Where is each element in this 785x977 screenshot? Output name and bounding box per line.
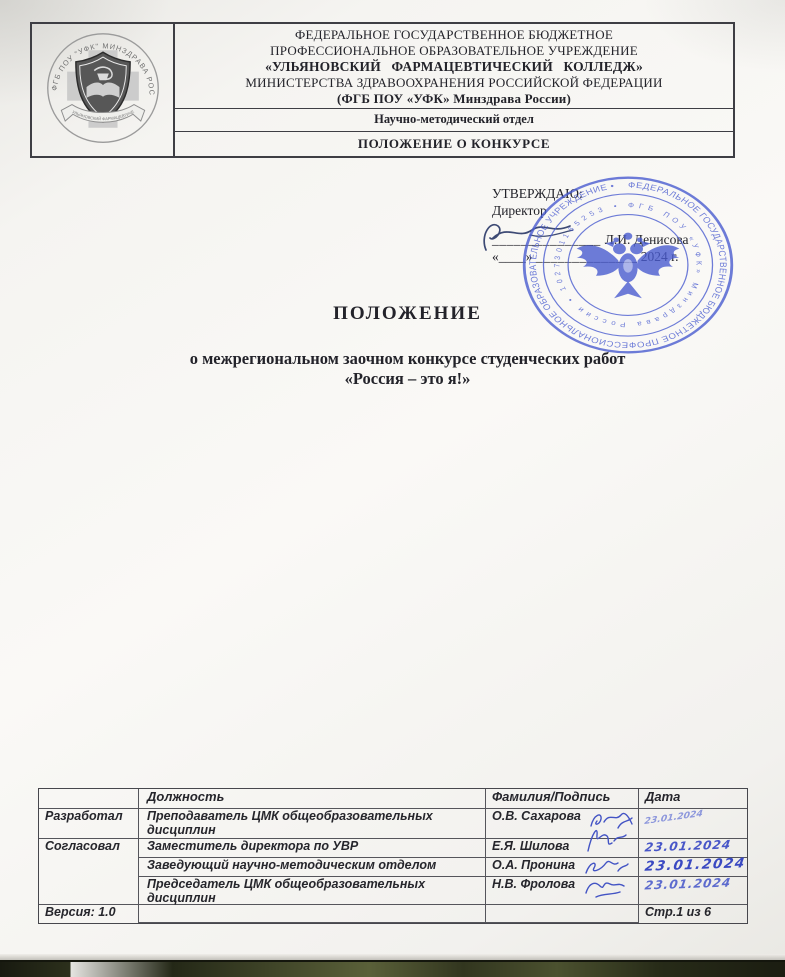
department-row: Научно-методический отдел (175, 108, 733, 131)
page-number-label: Стр.1 из 6 (639, 905, 747, 923)
signoff-position: Заместитель директора по УВР (139, 839, 486, 858)
org-line-short-name: (ФГБ ПОУ «УФК» Минздрава России) (175, 91, 733, 107)
document-subtitle-2: «Россия – это я!» (35, 369, 780, 389)
approval-block: УТВЕРЖДАЮ: Директор _______________Л.И. … (492, 186, 748, 265)
approval-heading: УТВЕРЖДАЮ: (492, 186, 748, 203)
signoff-position: Председатель ЦМК общеобразовательных дис… (139, 877, 486, 905)
position-text: Преподаватель ЦМК общеобразовательных ди… (147, 810, 447, 837)
org-line-college: «УЛЬЯНОВСКИЙ ФАРМАЦЕВТИЧЕСКИЙ КОЛЛЕДЖ» (175, 59, 733, 75)
org-line: МИНИСТЕРСТВА ЗДРАВООХРАНЕНИЯ РОССИЙСКОЙ … (175, 75, 733, 91)
signoff-empty-cell (139, 905, 486, 923)
handwritten-date: 23.01.2024 (644, 808, 704, 829)
logo-cell: ФГБ ПОУ "УФК" МИНЗДРАВА РОССИИ УЛЬЯНОВСК… (32, 24, 175, 156)
handwritten-date: 23.01.2024 (644, 839, 732, 855)
scanned-document-photo: ФГБ ПОУ "УФК" МИНЗДРАВА РОССИИ УЛЬЯНОВСК… (0, 0, 785, 977)
signoff-role-developed: Разработал (39, 809, 139, 839)
signoff-table: Должность Фамилия/Подпись Дата Разработа… (38, 788, 748, 924)
date-year: 2024 г. (641, 249, 679, 264)
document-title: ПОЛОЖЕНИЕ (35, 303, 780, 325)
org-line: ФЕДЕРАЛЬНОЕ ГОСУДАРСТВЕННОЕ БЮДЖЕТНОЕ (175, 27, 733, 43)
handwritten-date: 23.01.2024 (644, 857, 747, 874)
position-text: Заместитель директора по УВР (147, 840, 447, 854)
title-block: ПОЛОЖЕНИЕ о межрегиональном заочном конк… (35, 303, 780, 389)
signoff-header-position: Должность (139, 789, 486, 809)
name-text: Е.Я. Шилова (492, 839, 569, 853)
version-label: Версия: 1.0 (39, 905, 139, 923)
signature-icon (582, 825, 630, 855)
college-emblem-icon: ФГБ ПОУ "УФК" МИНЗДРАВА РОССИИ УЛЬЯНОВСК… (39, 27, 167, 153)
signoff-date: 23.01.2024 (639, 809, 747, 839)
signoff-position: Заведующий научно-методическим отделом (139, 858, 486, 877)
approver-name: Л.И. Денисова (601, 232, 689, 247)
position-text: Председатель ЦМК общеобразовательных дис… (147, 878, 447, 905)
org-line: ПРОФЕССИОНАЛЬНОЕ ОБРАЗОВАТЕЛЬНОЕ УЧРЕЖДЕ… (175, 43, 733, 59)
signoff-name: Н.В. Фролова (486, 877, 639, 905)
document-header-table: ФГБ ПОУ "УФК" МИНЗДРАВА РОССИИ УЛЬЯНОВСК… (30, 22, 735, 158)
signoff-date: 23.01.2024 (639, 877, 747, 905)
name-text: О.А. Пронина (492, 858, 575, 872)
position-text: Заведующий научно-методическим отделом (147, 859, 447, 873)
signoff-header-date: Дата (639, 789, 747, 809)
doc-type-row: ПОЛОЖЕНИЕ О КОНКУРСЕ (175, 131, 733, 156)
signature-icon (582, 875, 630, 899)
name-text: О.В. Сахарова (492, 809, 581, 823)
name-text: Н.В. Фролова (492, 877, 575, 891)
signoff-empty-cell (486, 905, 639, 923)
signoff-position: Преподаватель ЦМК общеобразовательных ди… (139, 809, 486, 839)
document-subtitle-1: о межрегиональном заочном конкурсе студе… (35, 349, 780, 369)
signoff-date: 23.01.2024 (639, 858, 747, 877)
handwritten-date: 23.01.2024 (644, 877, 732, 893)
director-signature-icon (478, 210, 608, 255)
signoff-header-empty (39, 789, 139, 809)
desk-background-strip (0, 960, 785, 977)
signoff-role-agreed: Согласовал (39, 839, 139, 905)
organization-name-block: ФЕДЕРАЛЬНОЕ ГОСУДАРСТВЕННОЕ БЮДЖЕТНОЕ ПР… (175, 24, 733, 108)
approval-signature-row: _______________Л.И. Денисова (492, 232, 748, 249)
